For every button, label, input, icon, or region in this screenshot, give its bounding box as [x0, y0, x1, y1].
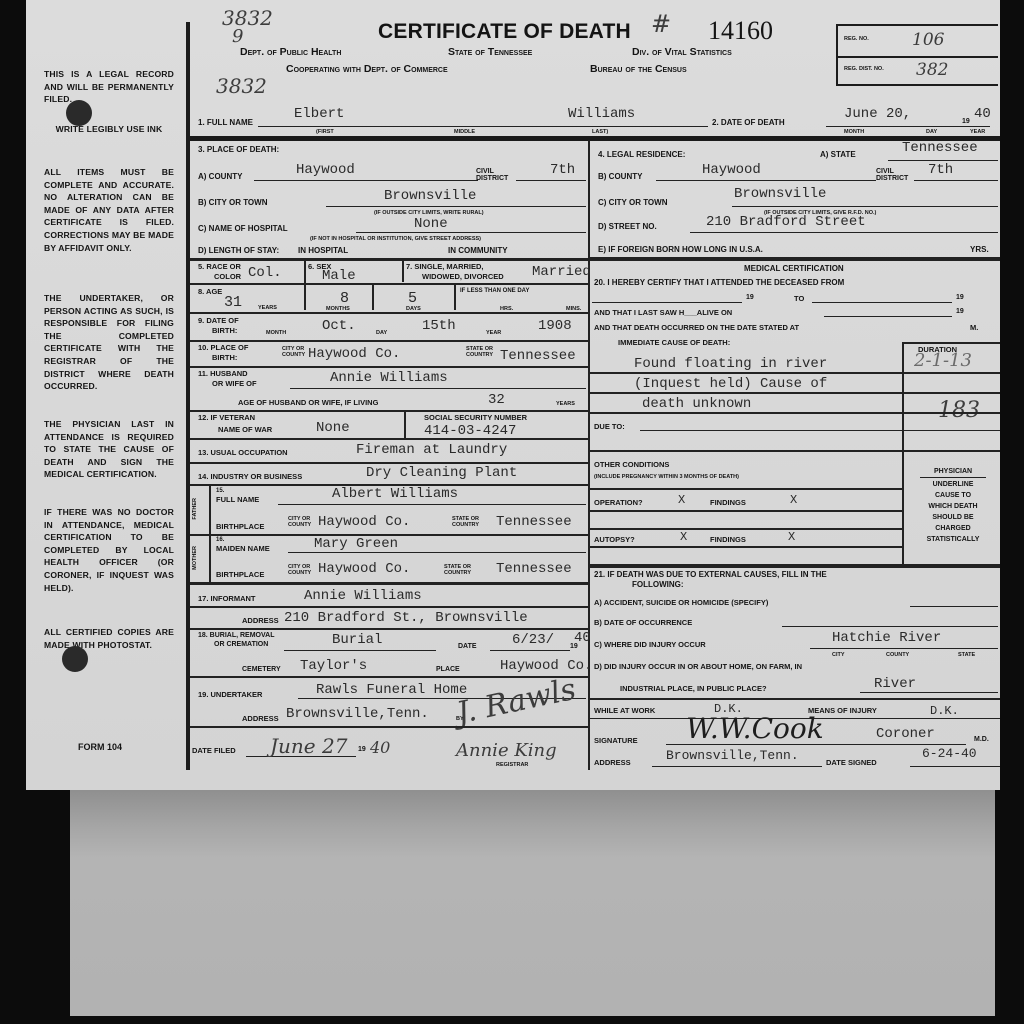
divider	[190, 340, 590, 342]
veteran-label-1: 12. IF VETERAN	[198, 413, 255, 422]
hospital-note: (IF NOT IN HOSPITAL OR INSTITUTION, GIVE…	[310, 236, 481, 242]
coroner-signature: W.W.Cook	[686, 712, 824, 745]
physician-note-line: WHICH DEATH	[906, 501, 1000, 512]
dob-month[interactable]: Oct.	[322, 318, 356, 334]
physician-note-line: PHYSICIAN	[920, 466, 986, 478]
pod-civil[interactable]: 7th	[550, 162, 575, 178]
pob-label-1: 10. PLACE OF	[198, 343, 248, 352]
coroner-address-line	[652, 766, 822, 767]
cause-line-1[interactable]: Found floating in river	[634, 356, 827, 372]
pod-county[interactable]: Haywood	[296, 162, 355, 178]
informant-label: 17. INFORMANT	[198, 594, 256, 603]
certificate-number: 14160	[708, 16, 773, 46]
less-than-day-label: IF LESS THAN ONE DAY	[460, 288, 529, 294]
date-of-death-line	[826, 126, 990, 127]
undertaker[interactable]: Rawls Funeral Home	[316, 682, 467, 698]
occurrence-date-line	[782, 626, 998, 627]
injury-location-line	[860, 692, 998, 693]
lr-civil[interactable]: 7th	[928, 162, 953, 178]
divider	[404, 410, 406, 438]
sub-last: LAST)	[592, 129, 608, 135]
death-year[interactable]: 40	[974, 106, 991, 122]
medical-line3: AND THAT I LAST SAW H___ALIVE ON	[594, 308, 732, 317]
marital-status[interactable]: Married	[532, 264, 591, 280]
mother-name[interactable]: Mary Green	[314, 536, 398, 552]
death-month-day[interactable]: June 20,	[844, 106, 911, 122]
number-mark: #	[651, 10, 671, 38]
reg-dist-row: REG. DIST. NO. 382	[838, 56, 998, 86]
cause-label: IMMEDIATE CAUSE OF DEATH:	[618, 338, 730, 347]
burial-label-2: OR CREMATION	[214, 641, 268, 648]
medical-line1: 20. I HEREBY CERTIFY THAT I ATTENDED THE…	[594, 278, 844, 287]
injury-location[interactable]: River	[874, 676, 916, 692]
age-months[interactable]: 8	[340, 290, 349, 307]
spouse-label-1: 11. HUSBAND	[198, 369, 248, 378]
informant-address[interactable]: 210 Bradford St., Brownsville	[284, 610, 528, 626]
date-signed[interactable]: 6-24-40	[922, 746, 977, 761]
autopsy-findings[interactable]: X	[788, 530, 795, 544]
cause-line-2[interactable]: (Inquest held) Cause of	[634, 376, 827, 392]
date-filed-label: DATE FILED	[192, 746, 236, 755]
lr-county-label: B) COUNTY	[598, 172, 642, 181]
lr-city[interactable]: Brownsville	[734, 186, 826, 202]
divider	[402, 260, 404, 282]
injury-place-label: C) WHERE DID INJURY OCCUR	[594, 640, 706, 649]
date-signed-line	[910, 766, 1000, 767]
age-years-unit: YEARS	[258, 305, 277, 311]
undertaker-label: 19. UNDERTAKER	[198, 690, 262, 699]
burial-place-label: PLACE	[436, 666, 460, 673]
stay-label: D) LENGTH OF STAY:	[198, 246, 279, 255]
sub-first: (FIRST	[316, 129, 334, 135]
instructions-sidebar: THIS IS A LEGAL RECORD AND WILL BE PERMA…	[26, 0, 186, 790]
injury-place[interactable]: Hatchie River	[832, 630, 941, 646]
pob-city[interactable]: Haywood Co.	[308, 346, 400, 362]
divider	[590, 546, 902, 548]
divider	[190, 312, 590, 314]
attended-to-19: 19	[956, 294, 964, 301]
instruction-legal-record: THIS IS A LEGAL RECORD AND WILL BE PERMA…	[44, 68, 174, 106]
divider	[590, 698, 1000, 700]
file-number-3: 3832	[216, 74, 267, 98]
foreign-unit: YRS.	[970, 245, 989, 254]
father-name-line	[278, 504, 586, 505]
injury-location-label-2: INDUSTRIAL PLACE, IN PUBLIC PLACE?	[620, 684, 767, 693]
pod-county-label: A) COUNTY	[198, 172, 242, 181]
war-name[interactable]: None	[316, 420, 350, 436]
father-side-label: FATHER	[192, 498, 198, 520]
accident-line	[910, 606, 998, 607]
father-city-label: CITY OR COUNTY	[288, 516, 314, 528]
occupation[interactable]: Fireman at Laundry	[356, 442, 507, 458]
cemetery[interactable]: Taylor's	[300, 658, 367, 674]
burial-method[interactable]: Burial	[332, 632, 382, 648]
physician-note-line: STATISTICALLY	[906, 534, 1000, 545]
punch-hole	[62, 646, 88, 672]
duration-column-rule	[902, 342, 904, 566]
divider	[902, 342, 1000, 344]
pod-county-line	[254, 180, 478, 181]
burial-year[interactable]: 40	[574, 630, 591, 646]
foreign-label: E) IF FOREIGN BORN HOW LONG IN U.S.A.	[598, 245, 763, 254]
divider	[590, 257, 1000, 261]
sub-year: YEAR	[970, 129, 985, 135]
industry[interactable]: Dry Cleaning Plant	[366, 465, 517, 481]
spouse-name[interactable]: Annie Williams	[330, 370, 448, 386]
means[interactable]: D.K.	[930, 704, 959, 718]
autopsy-label: AUTOPSY?	[594, 535, 635, 544]
ssn[interactable]: 414-03-4247	[424, 423, 516, 439]
hospital-label: C) NAME OF HOSPITAL	[198, 224, 288, 233]
burial-date-line	[490, 650, 570, 651]
pob-label-2: BIRTH:	[212, 353, 237, 362]
instruction-write-legibly: WRITE LEGIBLY USE INK	[44, 123, 174, 136]
pod-city[interactable]: Brownsville	[384, 188, 476, 204]
lr-state-label: A) STATE	[820, 150, 856, 159]
medical-line4-m: M.	[970, 323, 978, 332]
physician-note-line: UNDERLINE	[906, 479, 1000, 490]
divider	[190, 462, 590, 464]
burial-place[interactable]: Haywood Co.	[500, 658, 592, 674]
last-name[interactable]: Williams	[568, 106, 635, 122]
last-saw-19: 19	[956, 308, 964, 315]
race-label-2: COLOR	[214, 272, 241, 281]
injury-place-line	[810, 648, 998, 649]
undertaker-address[interactable]: Brownsville,Tenn.	[286, 706, 429, 722]
father-name[interactable]: Albert Williams	[332, 486, 458, 502]
attended-from-19: 19	[746, 294, 754, 301]
industry-label: 14. INDUSTRY OR BUSINESS	[198, 472, 302, 481]
at-work-label: WHILE AT WORK	[594, 706, 655, 715]
pod-civil-line	[516, 180, 586, 181]
legal-residence-label: 4. LEGAL RESIDENCE:	[598, 150, 685, 159]
lr-street-label: D) STREET NO.	[598, 222, 657, 231]
operation-label: OPERATION?	[594, 498, 643, 507]
file-number-1: 3832	[222, 6, 273, 30]
divider	[190, 726, 590, 728]
last-saw-line	[824, 316, 952, 317]
dob-label-1: 9. DATE OF	[198, 316, 239, 325]
age-label: 8. AGE	[198, 287, 222, 296]
header-dept: Dept. of Public Health	[240, 46, 341, 58]
place-of-death-label: 3. PLACE OF DEATH:	[198, 145, 279, 154]
age-days[interactable]: 5	[408, 290, 417, 307]
stay-community: IN COMMUNITY	[448, 246, 508, 255]
race-label-1: 5. RACE OR	[198, 262, 241, 271]
other-conditions-label: OTHER CONDITIONS	[594, 460, 669, 469]
divider	[190, 258, 590, 261]
date-of-death-label: 2. DATE OF DEATH	[712, 118, 785, 127]
pod-civil-label: CIVIL DISTRICT	[476, 168, 510, 182]
pod-city-line	[326, 206, 586, 207]
dob-label-2: BIRTH:	[212, 326, 237, 335]
marital-label-2: WIDOWED, DIVORCED	[422, 272, 504, 281]
reg-dist-label: REG. DIST. NO.	[844, 66, 894, 72]
veteran-label-2: NAME OF WAR	[218, 425, 272, 434]
informant[interactable]: Annie Williams	[304, 588, 422, 604]
dob-year[interactable]: 1908	[538, 318, 572, 334]
other-conditions-note: (INCLUDE PREGNANCY WITHIN 3 MONTHS OF DE…	[594, 474, 739, 480]
race[interactable]: Col.	[248, 265, 282, 281]
stay-hospital: IN HOSPITAL	[298, 246, 348, 255]
lr-county-line	[656, 180, 876, 181]
reg-no-row: REG. NO. 106	[838, 26, 998, 56]
injury-sub-city: CITY	[832, 652, 845, 658]
sub-month: MONTH	[844, 129, 864, 135]
divider	[590, 564, 1000, 568]
physician-note-line: CHARGED	[906, 523, 1000, 534]
coroner-address[interactable]: Brownsville,Tenn.	[666, 748, 799, 763]
undertaker-address-label: ADDRESS	[242, 714, 279, 723]
cause-line-3[interactable]: death unknown	[642, 396, 751, 412]
filed-year: 40	[370, 738, 390, 757]
pob-state[interactable]: Tennessee	[500, 348, 576, 364]
external-causes-label-1: 21. IF DEATH WAS DUE TO EXTERNAL CAUSES,…	[594, 570, 827, 579]
pob-state-label: STATE OR COUNTRY	[466, 346, 498, 358]
divider	[304, 260, 306, 310]
burial-label-1: 18. BURIAL, REMOVAL	[198, 632, 275, 639]
header-division: Div. of Vital Statistics	[632, 46, 732, 58]
lr-state-line	[888, 160, 998, 161]
certificate-title: CERTIFICATE OF DEATH	[378, 20, 631, 44]
registration-box: REG. NO. 106 REG. DIST. NO. 382	[836, 24, 998, 86]
coroner-title[interactable]: Coroner	[876, 726, 935, 742]
lr-state[interactable]: Tennessee	[902, 140, 978, 156]
reg-no-label: REG. NO.	[844, 36, 874, 42]
injury-sub-county: COUNTY	[886, 652, 909, 658]
date-signed-label: DATE SIGNED	[826, 758, 877, 767]
age-years[interactable]: 31	[224, 294, 242, 311]
physician-note: PHYSICIAN UNDERLINE CAUSE TO WHICH DEATH…	[906, 466, 1000, 545]
due-to-label: DUE TO:	[594, 422, 625, 431]
reg-dist-value: 382	[916, 60, 948, 80]
divider	[590, 412, 1000, 414]
divider	[190, 410, 590, 412]
autopsy-value[interactable]: X	[680, 530, 687, 544]
marital-label-1: 7. SINGLE, MARRIED,	[406, 262, 484, 271]
spouse-age-unit: YEARS	[556, 401, 575, 407]
pod-city-label: B) CITY OR TOWN	[198, 198, 267, 207]
mother-birthplace-label: BIRTHPLACE	[216, 570, 264, 579]
first-name[interactable]: Elbert	[294, 106, 344, 122]
instruction-photostat: ALL CERTIFIED COPIES ARE MADE WITH PHOTO…	[44, 626, 174, 651]
instruction-complete: ALL ITEMS MUST BE COMPLETE AND ACCURATE.…	[44, 166, 174, 254]
occupation-label: 13. USUAL OCCUPATION	[198, 448, 288, 457]
date-filed: June 27	[270, 734, 347, 758]
reg-no-value: 106	[912, 30, 944, 50]
margin-rule	[186, 22, 190, 770]
mother-state[interactable]: Tennessee	[496, 561, 572, 577]
attended-from-line	[592, 302, 742, 303]
divider	[590, 488, 902, 490]
father-city[interactable]: Haywood Co.	[318, 514, 410, 530]
divider	[590, 392, 1000, 394]
lr-city-label: C) CITY OR TOWN	[598, 198, 667, 207]
father-name-label: FULL NAME	[216, 495, 259, 504]
lr-city-line	[732, 206, 998, 207]
spouse-label-2: OR WIFE OF	[212, 379, 257, 388]
mother-name-label: MAIDEN NAME	[216, 544, 270, 553]
operation-value[interactable]: X	[678, 493, 685, 507]
instruction-physician: THE PHYSICIAN LAST IN ATTENDANCE IS REQU…	[44, 418, 174, 481]
mother-city-label: CITY OR COUNTY	[288, 564, 314, 576]
sub-middle: MIDDLE	[454, 129, 475, 135]
lr-civil-label: CIVIL DISTRICT	[876, 168, 910, 182]
mother-num: 16.	[216, 537, 224, 543]
medical-line4: AND THAT DEATH OCCURRED ON THE DATE STAT…	[594, 323, 799, 332]
physician-note-line: CAUSE TO	[906, 490, 1000, 501]
full-name-line	[258, 126, 708, 127]
backing-card	[70, 788, 995, 1016]
sub-day: DAY	[926, 129, 937, 135]
external-causes-label-2: FOLLOWING:	[632, 580, 684, 589]
instruction-no-doctor: IF THERE WAS NO DOCTOR IN ATTENDANCE, ME…	[44, 506, 174, 594]
mother-name-line	[288, 552, 586, 553]
divider	[190, 628, 590, 630]
lr-street[interactable]: 210 Bradford Street	[706, 214, 866, 230]
attended-to-label: TO	[794, 294, 804, 303]
divider	[590, 528, 902, 530]
medical-heading: MEDICAL CERTIFICATION	[744, 264, 844, 273]
death-certificate: THIS IS A LEGAL RECORD AND WILL BE PERMA…	[26, 0, 1000, 790]
mother-side-label: MOTHER	[192, 546, 198, 570]
divider	[190, 582, 590, 585]
lr-county[interactable]: Haywood	[702, 162, 761, 178]
divider	[190, 606, 590, 608]
occurrence-date-label: B) DATE OF OCCURRENCE	[594, 618, 692, 627]
spouse-line	[290, 388, 586, 389]
dob-day[interactable]: 15th	[422, 318, 456, 334]
spouse-age-label: AGE OF HUSBAND OR WIFE, IF LIVING	[238, 398, 378, 407]
injury-sub-state: STATE	[958, 652, 975, 658]
divider	[590, 372, 1000, 374]
accident-label: A) ACCIDENT, SUICIDE OR HOMICIDE (SPECIF…	[594, 598, 768, 607]
header-cooperating: Cooperating with Dept. of Commerce	[286, 63, 448, 75]
autopsy-findings-label: FINDINGS	[710, 535, 746, 544]
divider	[190, 283, 590, 285]
attended-to-line	[812, 302, 952, 303]
injury-location-label-1: D) DID INJURY OCCUR IN OR ABOUT HOME, ON…	[594, 662, 802, 671]
divider	[372, 284, 374, 310]
divider	[190, 366, 590, 368]
pob-city-label: CITY OR COUNTY	[282, 346, 308, 358]
header-state: State of Tennessee	[448, 46, 532, 58]
father-num: 15.	[216, 488, 224, 494]
spouse-age[interactable]: 32	[488, 392, 505, 408]
hospital[interactable]: None	[414, 216, 448, 232]
father-birthplace-label: BIRTHPLACE	[216, 522, 264, 531]
full-name-label: 1. FULL NAME	[198, 118, 253, 127]
coroner-address-label: ADDRESS	[594, 758, 631, 767]
burial-date[interactable]: 6/23/	[512, 632, 554, 648]
mother-state-label: STATE OR COUNTRY	[444, 564, 476, 576]
file-number-2: 9	[232, 26, 243, 47]
lr-street-line	[690, 232, 998, 233]
sex[interactable]: Male	[322, 268, 356, 284]
dob-year-label: YEAR	[486, 330, 501, 336]
divider	[454, 284, 456, 310]
undertaker-signature: J. Rawls	[454, 672, 579, 731]
divider	[590, 510, 902, 512]
burial-line	[284, 650, 436, 651]
filed-year-prefix: 19	[358, 746, 366, 753]
divider	[190, 438, 590, 440]
death-year-prefix: 19	[962, 118, 970, 125]
signature-label: SIGNATURE	[594, 736, 638, 745]
duration-mark: 2-1-13	[914, 350, 972, 371]
father-state[interactable]: Tennessee	[496, 514, 572, 530]
lr-civil-line	[914, 180, 998, 181]
operation-findings-label: FINDINGS	[710, 498, 746, 507]
header-bureau: Bureau of the Census	[590, 63, 687, 75]
informant-address-label: ADDRESS	[242, 616, 279, 625]
divider	[190, 676, 590, 678]
cause-code: 183	[938, 398, 980, 423]
cemetery-label: CEMETERY	[242, 666, 281, 673]
instruction-undertaker: THE UNDERTAKER, OR PERSON ACTING AS SUCH…	[44, 292, 174, 393]
mother-city[interactable]: Haywood Co.	[318, 561, 410, 577]
father-state-label: STATE OR COUNTRY	[452, 516, 484, 528]
hospital-line	[356, 232, 586, 233]
form-number: FORM 104	[78, 742, 122, 752]
divider	[190, 136, 1000, 141]
dob-day-label: DAY	[376, 330, 387, 336]
md-label: M.D.	[974, 736, 989, 743]
operation-findings[interactable]: X	[790, 493, 797, 507]
physician-note-line: SHOULD BE	[906, 512, 1000, 523]
due-to-line	[640, 430, 1000, 431]
registrar-label: REGISTRAR	[496, 762, 528, 768]
divider	[590, 450, 1000, 452]
registrar-signature: Annie King	[456, 740, 557, 761]
burial-date-label: DATE	[458, 643, 477, 650]
dob-month-label: MONTH	[266, 330, 286, 336]
ssn-label: SOCIAL SECURITY NUMBER	[424, 413, 527, 422]
